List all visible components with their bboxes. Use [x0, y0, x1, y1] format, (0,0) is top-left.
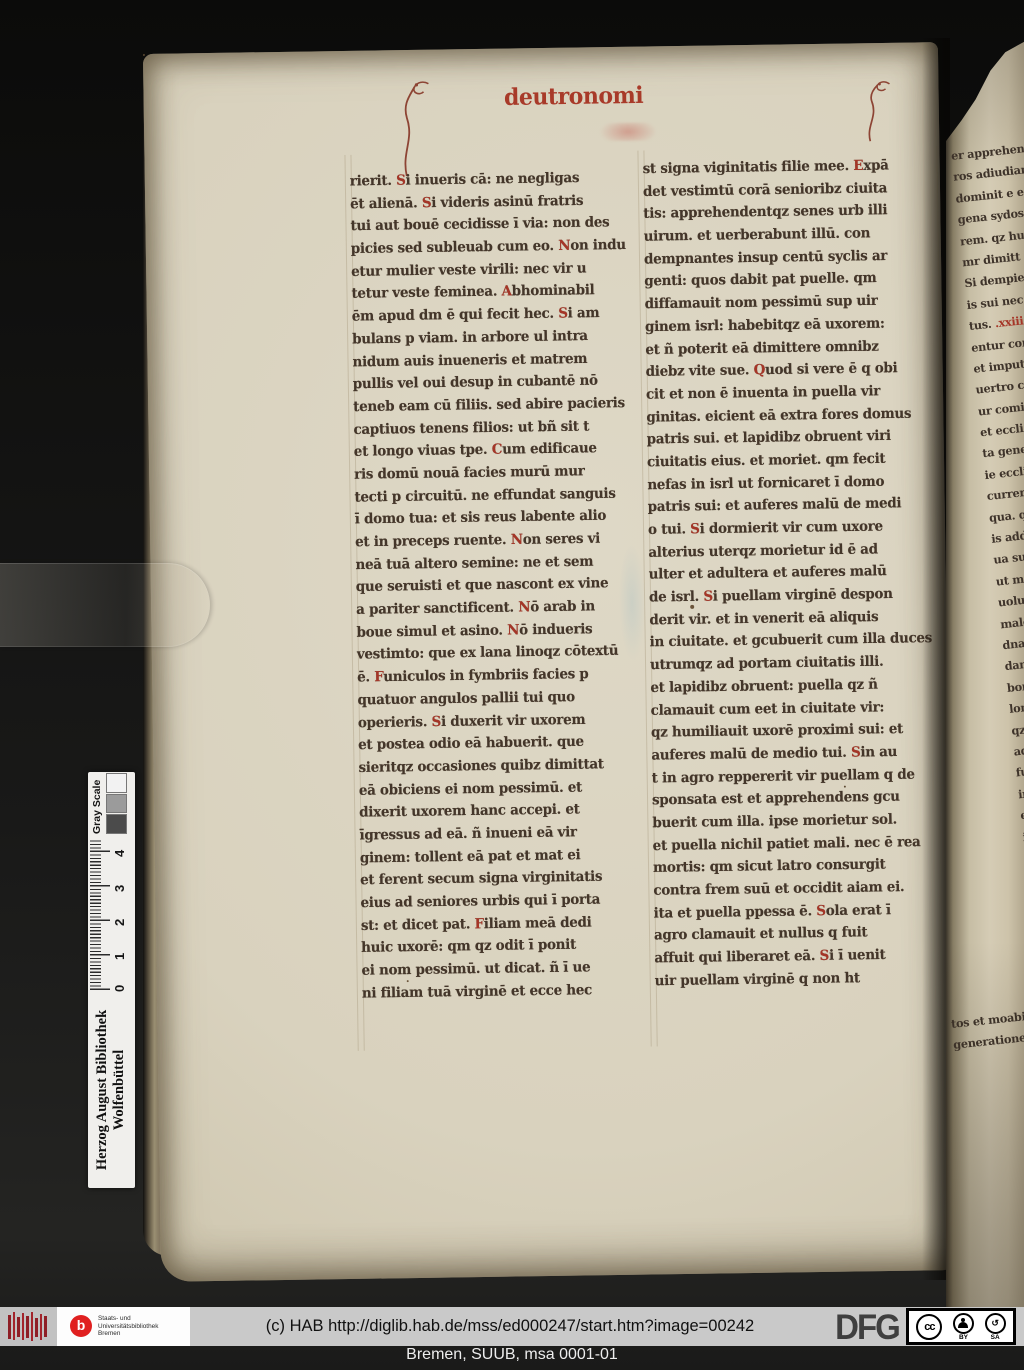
ruler-numbers: 0 1 2 3 4 [112, 834, 132, 992]
running-title: deutronomi [463, 81, 683, 112]
text-line: ros adiudiani tenuerit l [952, 156, 1024, 189]
footer-bar: b Staats- und Universitätsbibliothek Bre… [0, 1307, 1024, 1346]
shelfmark-caption: Bremen, SUUB, msa 0001-01 [0, 1346, 1024, 1364]
copyright-url: (c) HAB http://diglib.hab.de/mss/ed00024… [190, 1307, 830, 1346]
text-line: dant pacem: nec [1004, 645, 1024, 678]
creative-commons-license: cc BY ↺ SA [906, 1308, 1016, 1345]
digitized-manuscript-photo: deutronomi rierit. Si inueris cā: ne neg… [0, 0, 1024, 1370]
facing-page-edge: er apprehendens omburros adiudiani tenue… [946, 0, 1024, 1307]
gray-scale-block: Gray Scale [88, 772, 135, 834]
facing-page-text-fragments: tos et moabites eni pstgeneratione [950, 1003, 1024, 1057]
text-line: uir puellam virginē q non ht [655, 966, 951, 993]
text-line: gena sydos argenti: r [957, 198, 1024, 231]
text-line: fuerint excisi: uerea gr [1015, 751, 1024, 784]
text-line: ta generatione no [981, 432, 1024, 465]
text-line: lon. Abhominab [1008, 688, 1024, 721]
cc-by-icon [953, 1313, 974, 1334]
text-line: picies sed subleuab cum eo. Non indu [351, 234, 643, 261]
text-line: patris sui: et auferes malū de medi [648, 492, 944, 519]
text-line: tos et moabites eni pst [950, 1003, 1024, 1036]
text-line: ni filiam tuā virginē et ecce hec [362, 978, 654, 1005]
text-line: ī domo tua: et sis reus labente alio [355, 505, 647, 532]
text-line: que seruisti et que nascont ex vine [356, 573, 648, 600]
gutter-shadow [922, 38, 950, 1280]
gray-patch-dark [106, 814, 127, 834]
ruler-ticks [90, 838, 110, 990]
text-line: et puella nichil patiet mali. nec ē rea [653, 831, 949, 858]
ruler-number: 1 [112, 953, 127, 960]
ruler-number: 3 [112, 885, 127, 892]
bremen-org-line: Universitätsbibliothek [98, 1323, 158, 1331]
text-line: ut malediceret tibi e [995, 560, 1024, 593]
text-line: maledictionem eius [999, 603, 1024, 636]
text-line: entur conubiis am [970, 326, 1024, 359]
text-line: dominit e eos pam puc [954, 177, 1024, 210]
text-line: egressus fuis ad istis [1019, 794, 1024, 827]
text-line: et imputant retinali [972, 347, 1024, 380]
gray-patch-light [106, 773, 127, 793]
text-line: ur comit. hoc [977, 390, 1024, 423]
text-line: is adduxerunt om [990, 517, 1024, 550]
person-icon [958, 1318, 968, 1329]
ruler-number: 4 [112, 850, 127, 857]
text-line: ie eccliam dni in eternu [984, 454, 1024, 487]
cc-sa-block: ↺ SA [985, 1313, 1006, 1341]
ruler-content: Herzog August Bibliothek Wolfenbüttel 0 … [88, 772, 135, 1188]
text-line: in ciuitate. et gcubuerit cum illa duces [650, 628, 946, 655]
pen-flourish-icon [389, 76, 435, 179]
text-line: ua sum beor demesope [992, 539, 1024, 572]
cc-by-block: BY [953, 1313, 974, 1341]
text-line: ginitas. eicient eā extra fores domus [646, 402, 942, 429]
bremen-org-name: Staats- und Universitätsbibliothek Breme… [98, 1315, 158, 1338]
library-name: Herzog August Bibliothek Wolfenbüttel [88, 992, 135, 1188]
cc-sa-icon: ↺ [985, 1313, 1006, 1334]
text-line: dna. eo qd diligit [1001, 624, 1024, 657]
text-line: qua. qm egressi e [988, 496, 1024, 529]
text-line: rem. qz humiliasti ill [959, 220, 1024, 253]
page-holder-clip [0, 563, 210, 647]
bremen-org-line: Bremen [98, 1330, 158, 1338]
suub-barcode-logo [0, 1307, 57, 1346]
gray-scale-ruler: Herzog August Bibliothek Wolfenbüttel 0 … [88, 772, 135, 1188]
cc-sa-label: SA [985, 1334, 1006, 1341]
library-name-line2: Wolfenbüttel [111, 992, 128, 1188]
faded-stamp [596, 122, 660, 141]
text-line: is sui nec reuelabit op [966, 283, 1024, 316]
text-line: teneb eam cū filiis. sed abire pacieris [353, 392, 645, 419]
manuscript-column-left: rierit. Si inueris cā: ne negligasēt ali… [350, 167, 654, 1006]
ruler-scale: 0 1 2 3 4 [88, 834, 135, 992]
text-line: qz humiliauit uxorē proximi sui: et [651, 718, 947, 745]
cc-by-label: BY [953, 1334, 974, 1341]
text-line: Si dempier homo in [963, 262, 1024, 295]
text-line: currere occurrere uob cu [986, 475, 1024, 508]
facing-page-text-fragments: er apprehendens omburros adiudiani tenue… [950, 135, 1024, 976]
text-line: et eccliam dni: [979, 411, 1024, 444]
bremen-b-icon: b [70, 1315, 92, 1337]
manuscript-column-right: st signa viginitatis filie mee. Expādet … [643, 154, 951, 993]
text-line: er apprehendens ombur [950, 135, 1024, 168]
text-line: diebz vite sue. Quod si vere ē q obi [646, 357, 942, 384]
barcode-logo-icon [0, 1307, 57, 1346]
text-line: tus. .xxiii. [968, 305, 1024, 338]
text-line: t in agro reppererit vir puellam q de [652, 763, 948, 790]
ruler-number: 2 [112, 919, 127, 926]
pen-flourish-icon [855, 79, 894, 144]
bremen-library-logo: b Staats- und Universitätsbibliothek Bre… [57, 1307, 190, 1346]
text-line: uoluit audire ba [997, 581, 1024, 614]
text-line: intrabunt eccliam do [1017, 773, 1024, 806]
text-line: qz fuit tuus e: nec [1010, 709, 1024, 742]
text-line: bona cunctis diebz vit [1006, 666, 1024, 699]
ink-speckles [143, 54, 145, 56]
manuscript-page: deutronomi rierit. Si inueris cā: ne neg… [143, 42, 956, 1282]
library-name-line1: Herzog August Bibliothek [94, 992, 111, 1188]
gray-scale-patches [106, 772, 127, 834]
ruler-number: 0 [112, 985, 127, 992]
bremen-org-line: Staats- und [98, 1315, 158, 1323]
cc-icon: cc [916, 1314, 942, 1340]
text-line: vestimto: que ex lana linoqz cōtextū [357, 640, 649, 667]
text-line: uertro cessam dom [975, 369, 1024, 402]
dfg-logo: DFG [826, 1306, 908, 1347]
gray-patch-mid [106, 794, 127, 814]
text-line: mr dimitt ea cuncti d [961, 241, 1024, 274]
text-line: ad terra sua in uia et [1013, 730, 1024, 763]
text-line: generatione [952, 1024, 1024, 1057]
gray-scale-label: Gray Scale [91, 772, 103, 834]
